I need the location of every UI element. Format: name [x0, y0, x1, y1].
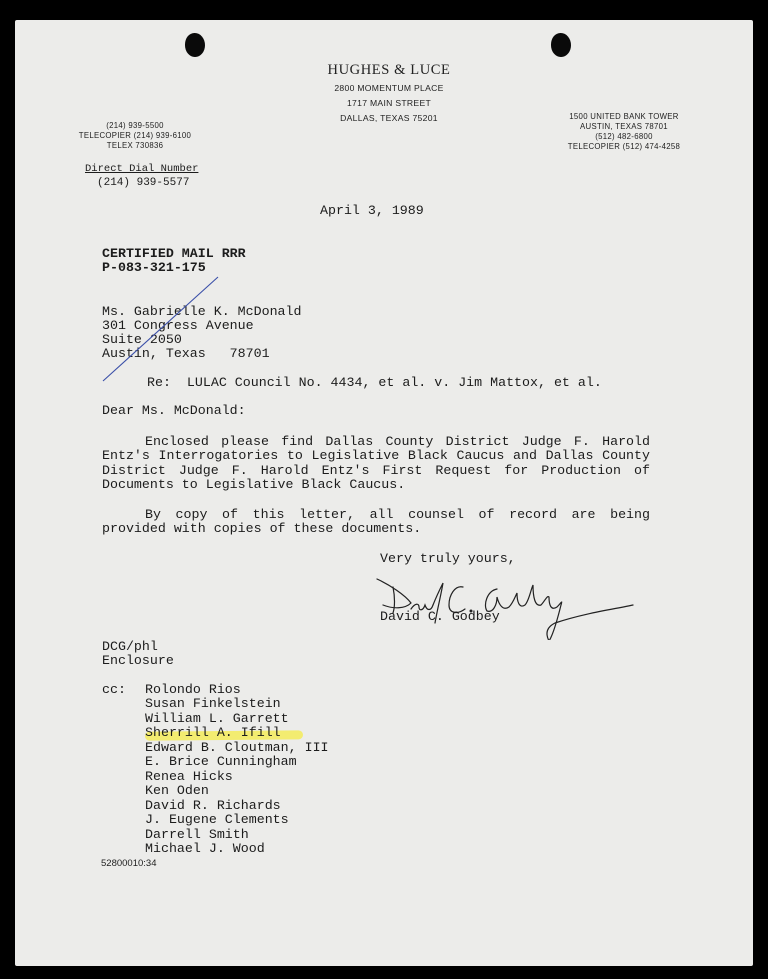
firm-telecopier: TELECOPIER (214) 939-6100	[60, 131, 210, 142]
firm-address-line-2: 1717 MAIN STREET	[279, 98, 499, 108]
salutation: Dear Ms. McDonald:	[102, 404, 246, 418]
document-id: 52800010:34	[101, 858, 156, 869]
signer-name: David C. Godbey	[380, 610, 500, 624]
austin-office-line-4: TELECOPIER (512) 474-4258	[549, 142, 699, 153]
direct-dial-label: Direct Dial Number	[85, 163, 198, 175]
enclosure-notation: Enclosure	[102, 654, 174, 668]
firm-address-line-1: 2800 MOMENTUM PLACE	[279, 83, 499, 93]
mailing-tracking-number: P-083-321-175	[102, 261, 206, 275]
cc-recipient-highlighted: Sherrill A. Ifill	[145, 726, 281, 740]
firm-telex: TELEX 730836	[60, 141, 210, 152]
cc-recipient: Michael J. Wood	[145, 842, 265, 856]
cc-recipient: J. Eugene Clements	[145, 813, 289, 827]
body-paragraph-2: By copy of this letter, all counsel of r…	[102, 508, 650, 537]
direct-dial-number: (214) 939-5577	[97, 177, 189, 189]
firm-phone: (214) 939-5500	[60, 121, 210, 132]
austin-office-line-1: 1500 UNITED BANK TOWER	[549, 112, 699, 123]
cc-label: cc:	[102, 683, 126, 697]
cc-recipient: E. Brice Cunningham	[145, 755, 297, 769]
letter-page: HUGHES & LUCE 2800 MOMENTUM PLACE 1717 M…	[15, 20, 753, 966]
punch-hole-right	[551, 33, 571, 57]
body-paragraph-1: Enclosed please find Dallas County Distr…	[102, 435, 650, 493]
letter-date: April 3, 1989	[320, 204, 424, 218]
handwritten-signature	[375, 565, 635, 640]
cc-recipient: Susan Finkelstein	[145, 697, 281, 711]
austin-office-line-3: (512) 482-6800	[549, 132, 699, 143]
pen-strike-line	[100, 275, 225, 385]
re-line: Re: LULAC Council No. 4434, et al. v. Ji…	[147, 376, 602, 390]
cc-recipient: Ken Oden	[145, 784, 209, 798]
punch-hole-left	[185, 33, 205, 57]
firm-name: HUGHES & LUCE	[279, 62, 499, 79]
austin-office-line-2: AUSTIN, TEXAS 78701	[549, 122, 699, 133]
firm-address-line-3: DALLAS, TEXAS 75201	[279, 113, 499, 123]
